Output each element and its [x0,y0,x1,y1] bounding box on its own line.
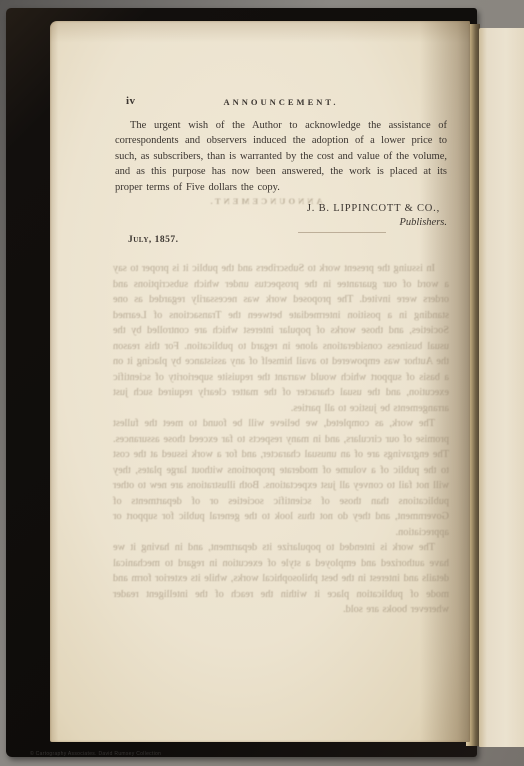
bleedthrough-paragraph: The work is intended to popularize its d… [113,540,449,618]
bleedthrough-paragraph: The work, as completed, we believe will … [113,416,449,540]
date-line: July, 1857. [128,235,179,245]
publisher-signature: J. B. LIPPINCOTT & CO., [115,203,440,214]
collection-watermark: © Cartography Associates. David Rumsey C… [30,751,161,757]
bleedthrough-rule [298,232,386,233]
facing-page-sliver [479,28,524,747]
bleedthrough-paragraph: In issuing the present work to Subscribe… [113,261,449,416]
publisher-role: Publishers. [115,217,447,228]
book-photo-scene: iv ANNOUNCEMENT. The urgent wish of the … [0,0,524,766]
bleedthrough-text: In issuing the present work to Subscribe… [113,261,449,618]
book-page: iv ANNOUNCEMENT. The urgent wish of the … [50,21,470,742]
running-head: ANNOUNCEMENT. [115,97,447,107]
announcement-paragraph: The urgent wish of the Author to acknowl… [115,118,447,195]
